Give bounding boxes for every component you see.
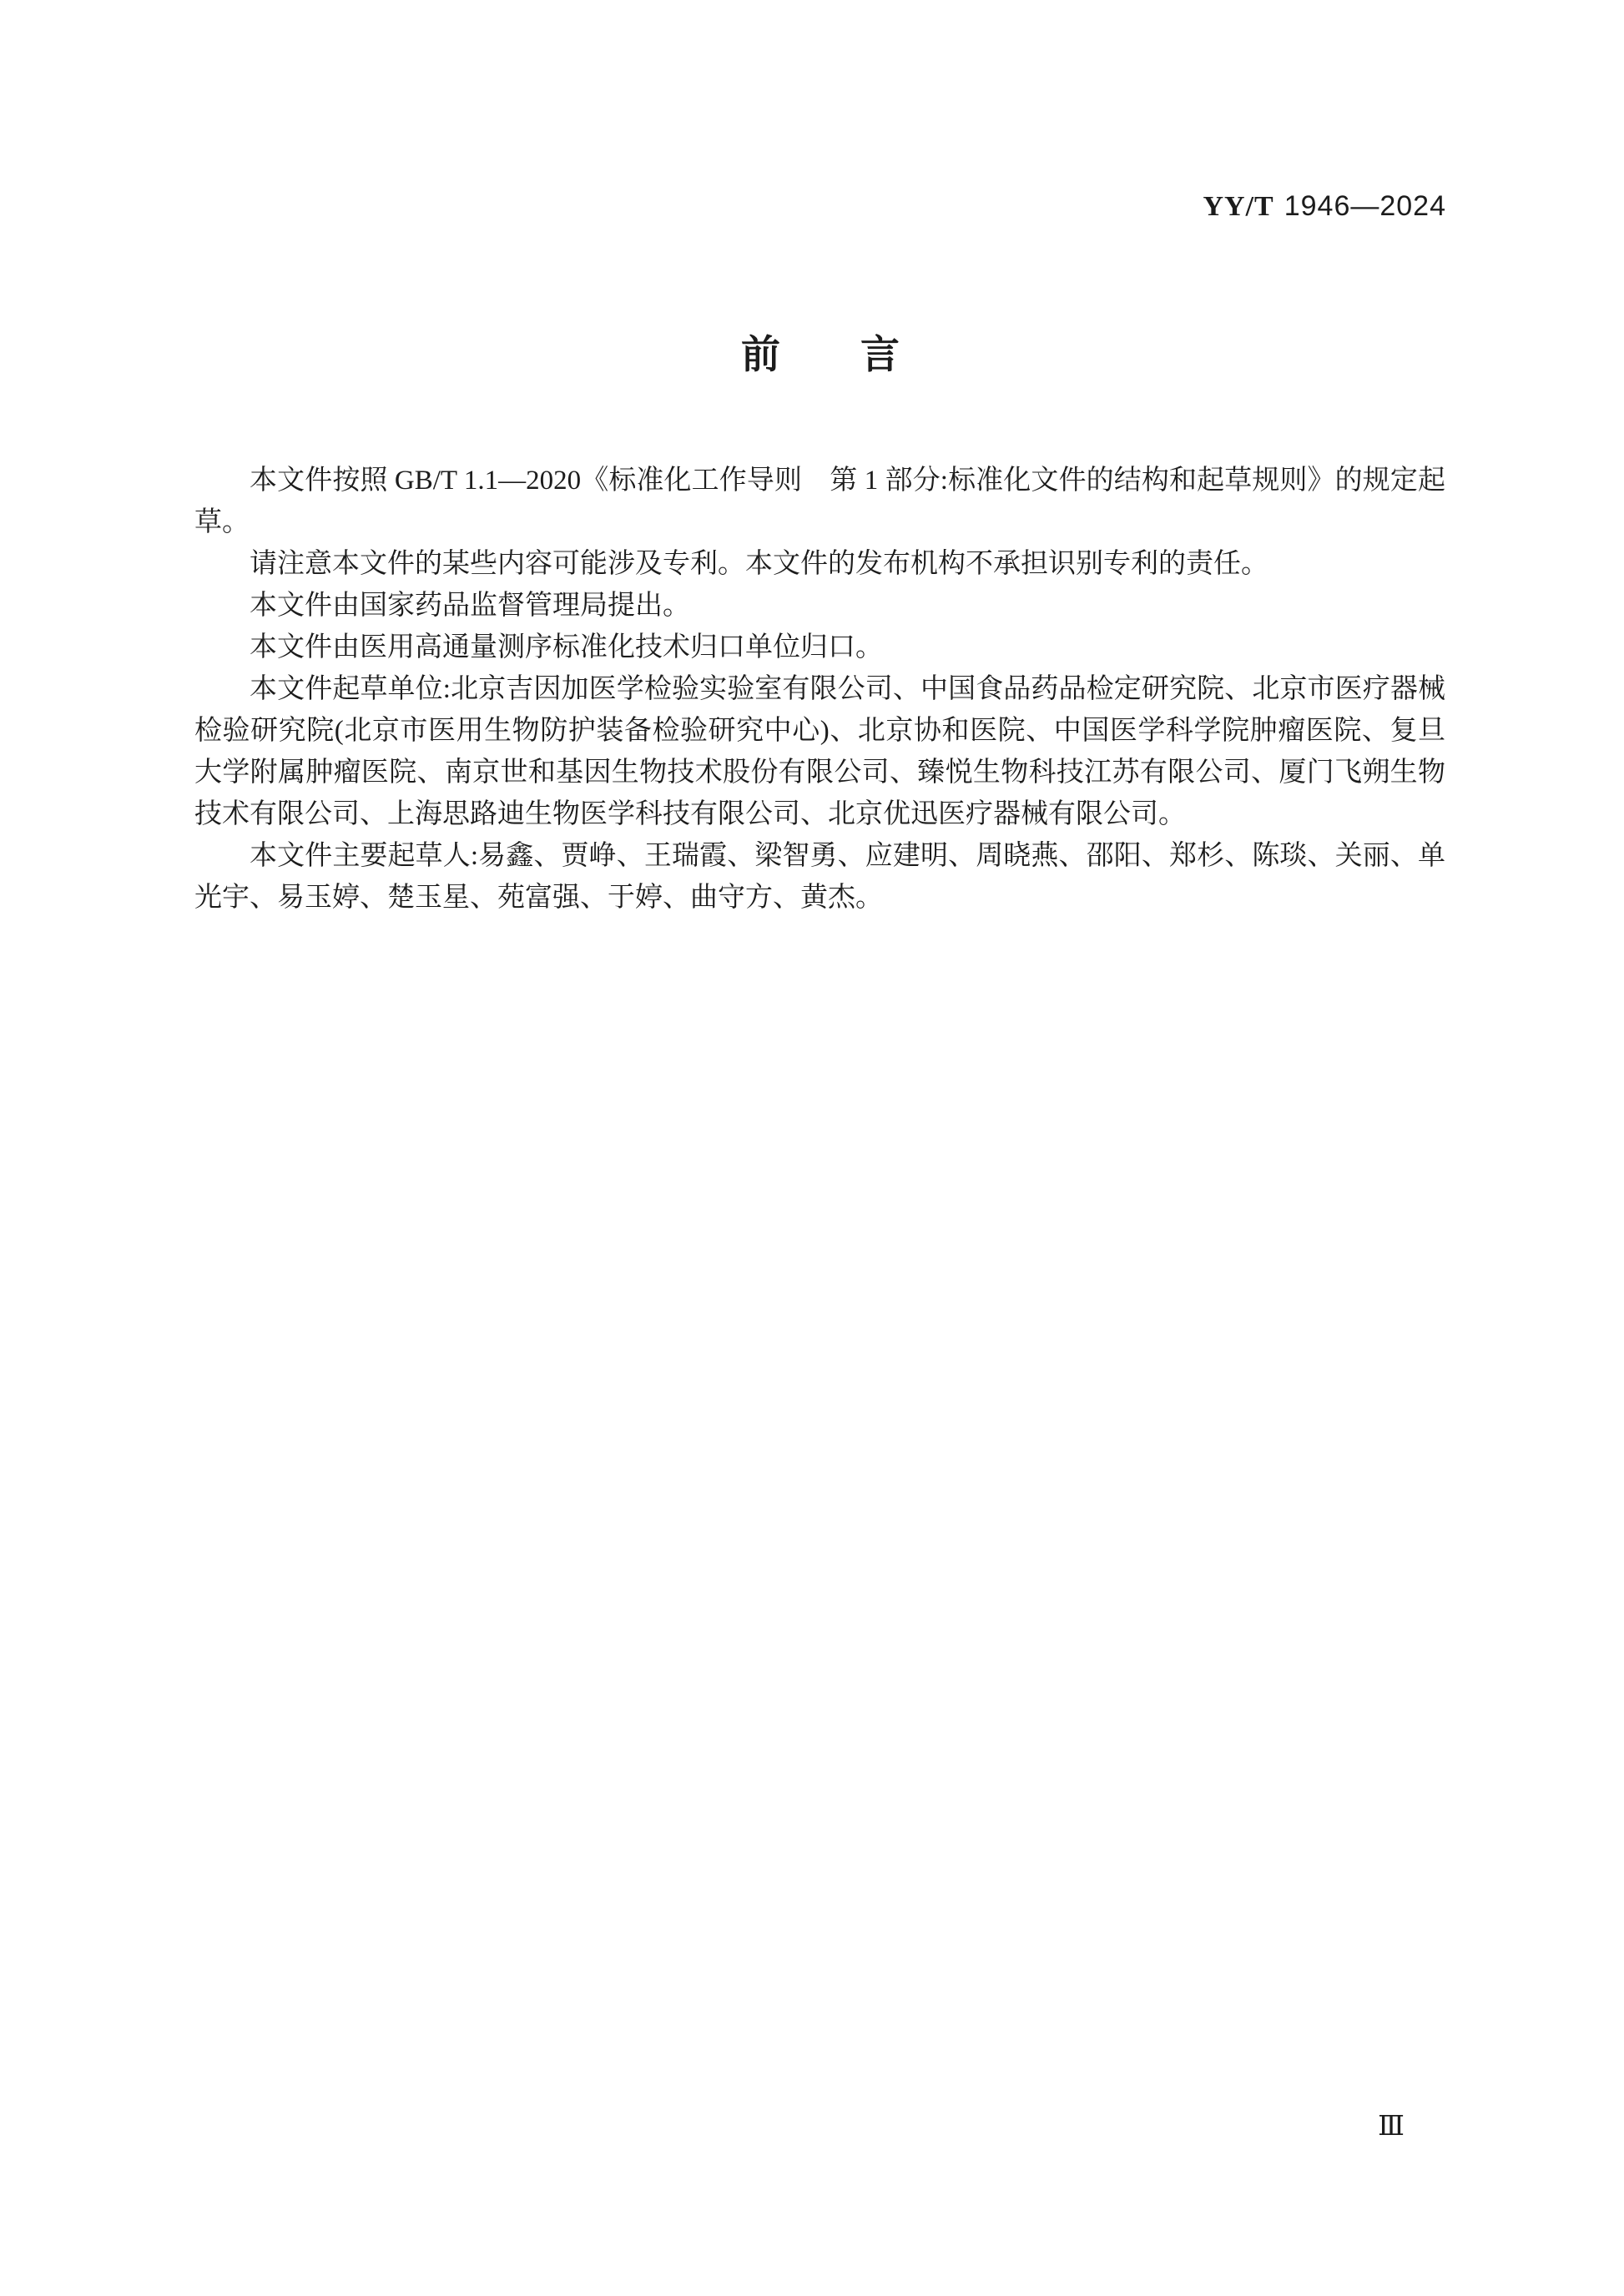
standard-code-number: 1946—2024	[1284, 190, 1446, 222]
foreword-title-char-2: 言	[860, 334, 900, 377]
paragraph-centralized-by: 本文件由医用高通量测序标准化技术归口单位归口。	[194, 627, 1445, 668]
standard-code-header: YY/T1946—2024	[194, 190, 1446, 223]
foreword-title: 前言	[194, 332, 1446, 379]
foreword-title-char-1: 前	[741, 334, 780, 377]
paragraph-drafting-rules: 本文件按照 GB/T 1.1—2020《标准化工作导则 第 1 部分:标准化文件…	[194, 460, 1445, 543]
page-number: Ⅲ	[1341, 2111, 1441, 2142]
paragraph-proposed-by: 本文件由国家药品监督管理局提出。	[194, 585, 1445, 627]
standard-code-prefix: YY/T	[1203, 191, 1273, 222]
paragraph-drafting-organizations: 本文件起草单位:北京吉因加医学检验实验室有限公司、中国食品药品检定研究院、北京市…	[194, 668, 1445, 835]
foreword-body: 本文件按照 GB/T 1.1—2020《标准化工作导则 第 1 部分:标准化文件…	[194, 460, 1445, 919]
paragraph-main-drafters: 本文件主要起草人:易鑫、贾峥、王瑞霞、梁智勇、应建明、周晓燕、邵阳、郑杉、陈琰、…	[194, 835, 1445, 919]
paragraph-patent-notice: 请注意本文件的某些内容可能涉及专利。本文件的发布机构不承担识别专利的责任。	[194, 543, 1445, 585]
document-page: YY/T1946—2024 前言 本文件按照 GB/T 1.1—2020《标准化…	[0, 0, 1624, 2296]
